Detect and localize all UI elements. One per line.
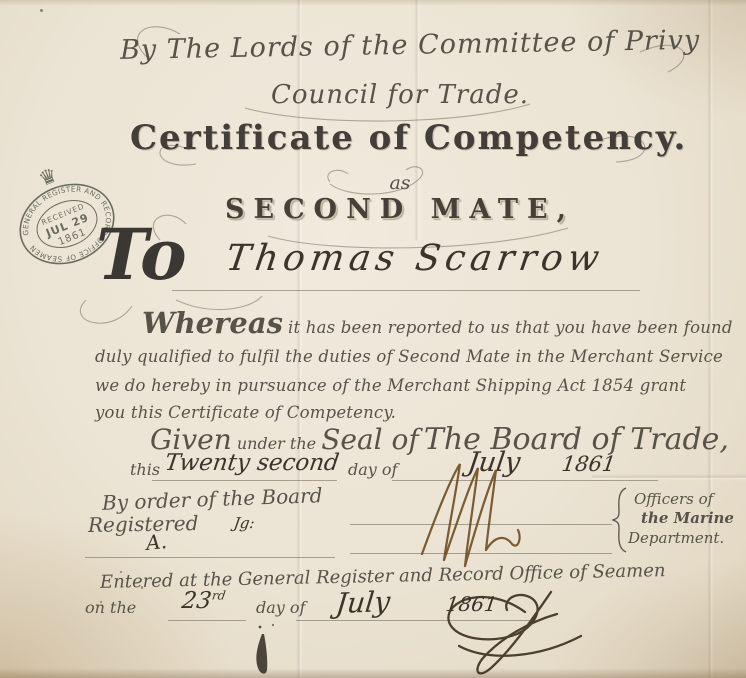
- body-line2: duly qualified to fulfil the duties of S…: [95, 347, 723, 366]
- brace-icon: [610, 486, 630, 554]
- entered-day-number: 23: [180, 588, 213, 614]
- body-line3: we do hereby in pursuance of the Merchan…: [95, 376, 686, 395]
- rank-title: SECOND MATE,: [140, 194, 660, 225]
- date-middle: day of: [348, 460, 397, 479]
- officers-line2: the Marine: [641, 509, 734, 527]
- body-line1: it has been reported to us that you have…: [288, 318, 733, 337]
- recipient-name: Thomas Scarrow: [202, 238, 628, 279]
- date-year: 1861: [560, 452, 617, 476]
- entered-day-suffix: rd: [211, 588, 226, 602]
- registrar-signature: [425, 588, 610, 678]
- clerk-initial: A.: [145, 529, 168, 555]
- ink-blot: [246, 624, 286, 678]
- to-label: To: [96, 220, 187, 290]
- date-underline: [152, 480, 337, 481]
- certificate-title: Certificate of Competency.: [130, 118, 670, 158]
- officer-signature: [408, 458, 558, 570]
- whereas-word: Whereas: [142, 306, 283, 340]
- registered-label: Registered: [88, 511, 199, 537]
- entered-prefix: on the: [85, 598, 136, 617]
- entered-middle: day of: [256, 598, 305, 617]
- name-underline: [172, 290, 640, 291]
- as-label: as: [140, 172, 660, 194]
- date-prefix: this: [130, 460, 160, 479]
- certificate-document: ♛ GENERAL REGISTER AND RECORD OFFICE OF …: [0, 0, 746, 678]
- entered-day: 23rd: [180, 588, 226, 614]
- entered-underline: [168, 620, 246, 621]
- date-day-written: Twenty second: [163, 450, 341, 476]
- officers-line3: Department.: [628, 529, 724, 547]
- registered-initials: Jg:: [233, 514, 256, 532]
- entered-month: July: [334, 585, 391, 620]
- clerk-underline: [85, 557, 335, 558]
- officers-line1: Officers of: [634, 490, 713, 508]
- header-line2: Council for Trade.: [120, 80, 680, 110]
- body-line4: you this Certificate of Competency.: [95, 403, 396, 422]
